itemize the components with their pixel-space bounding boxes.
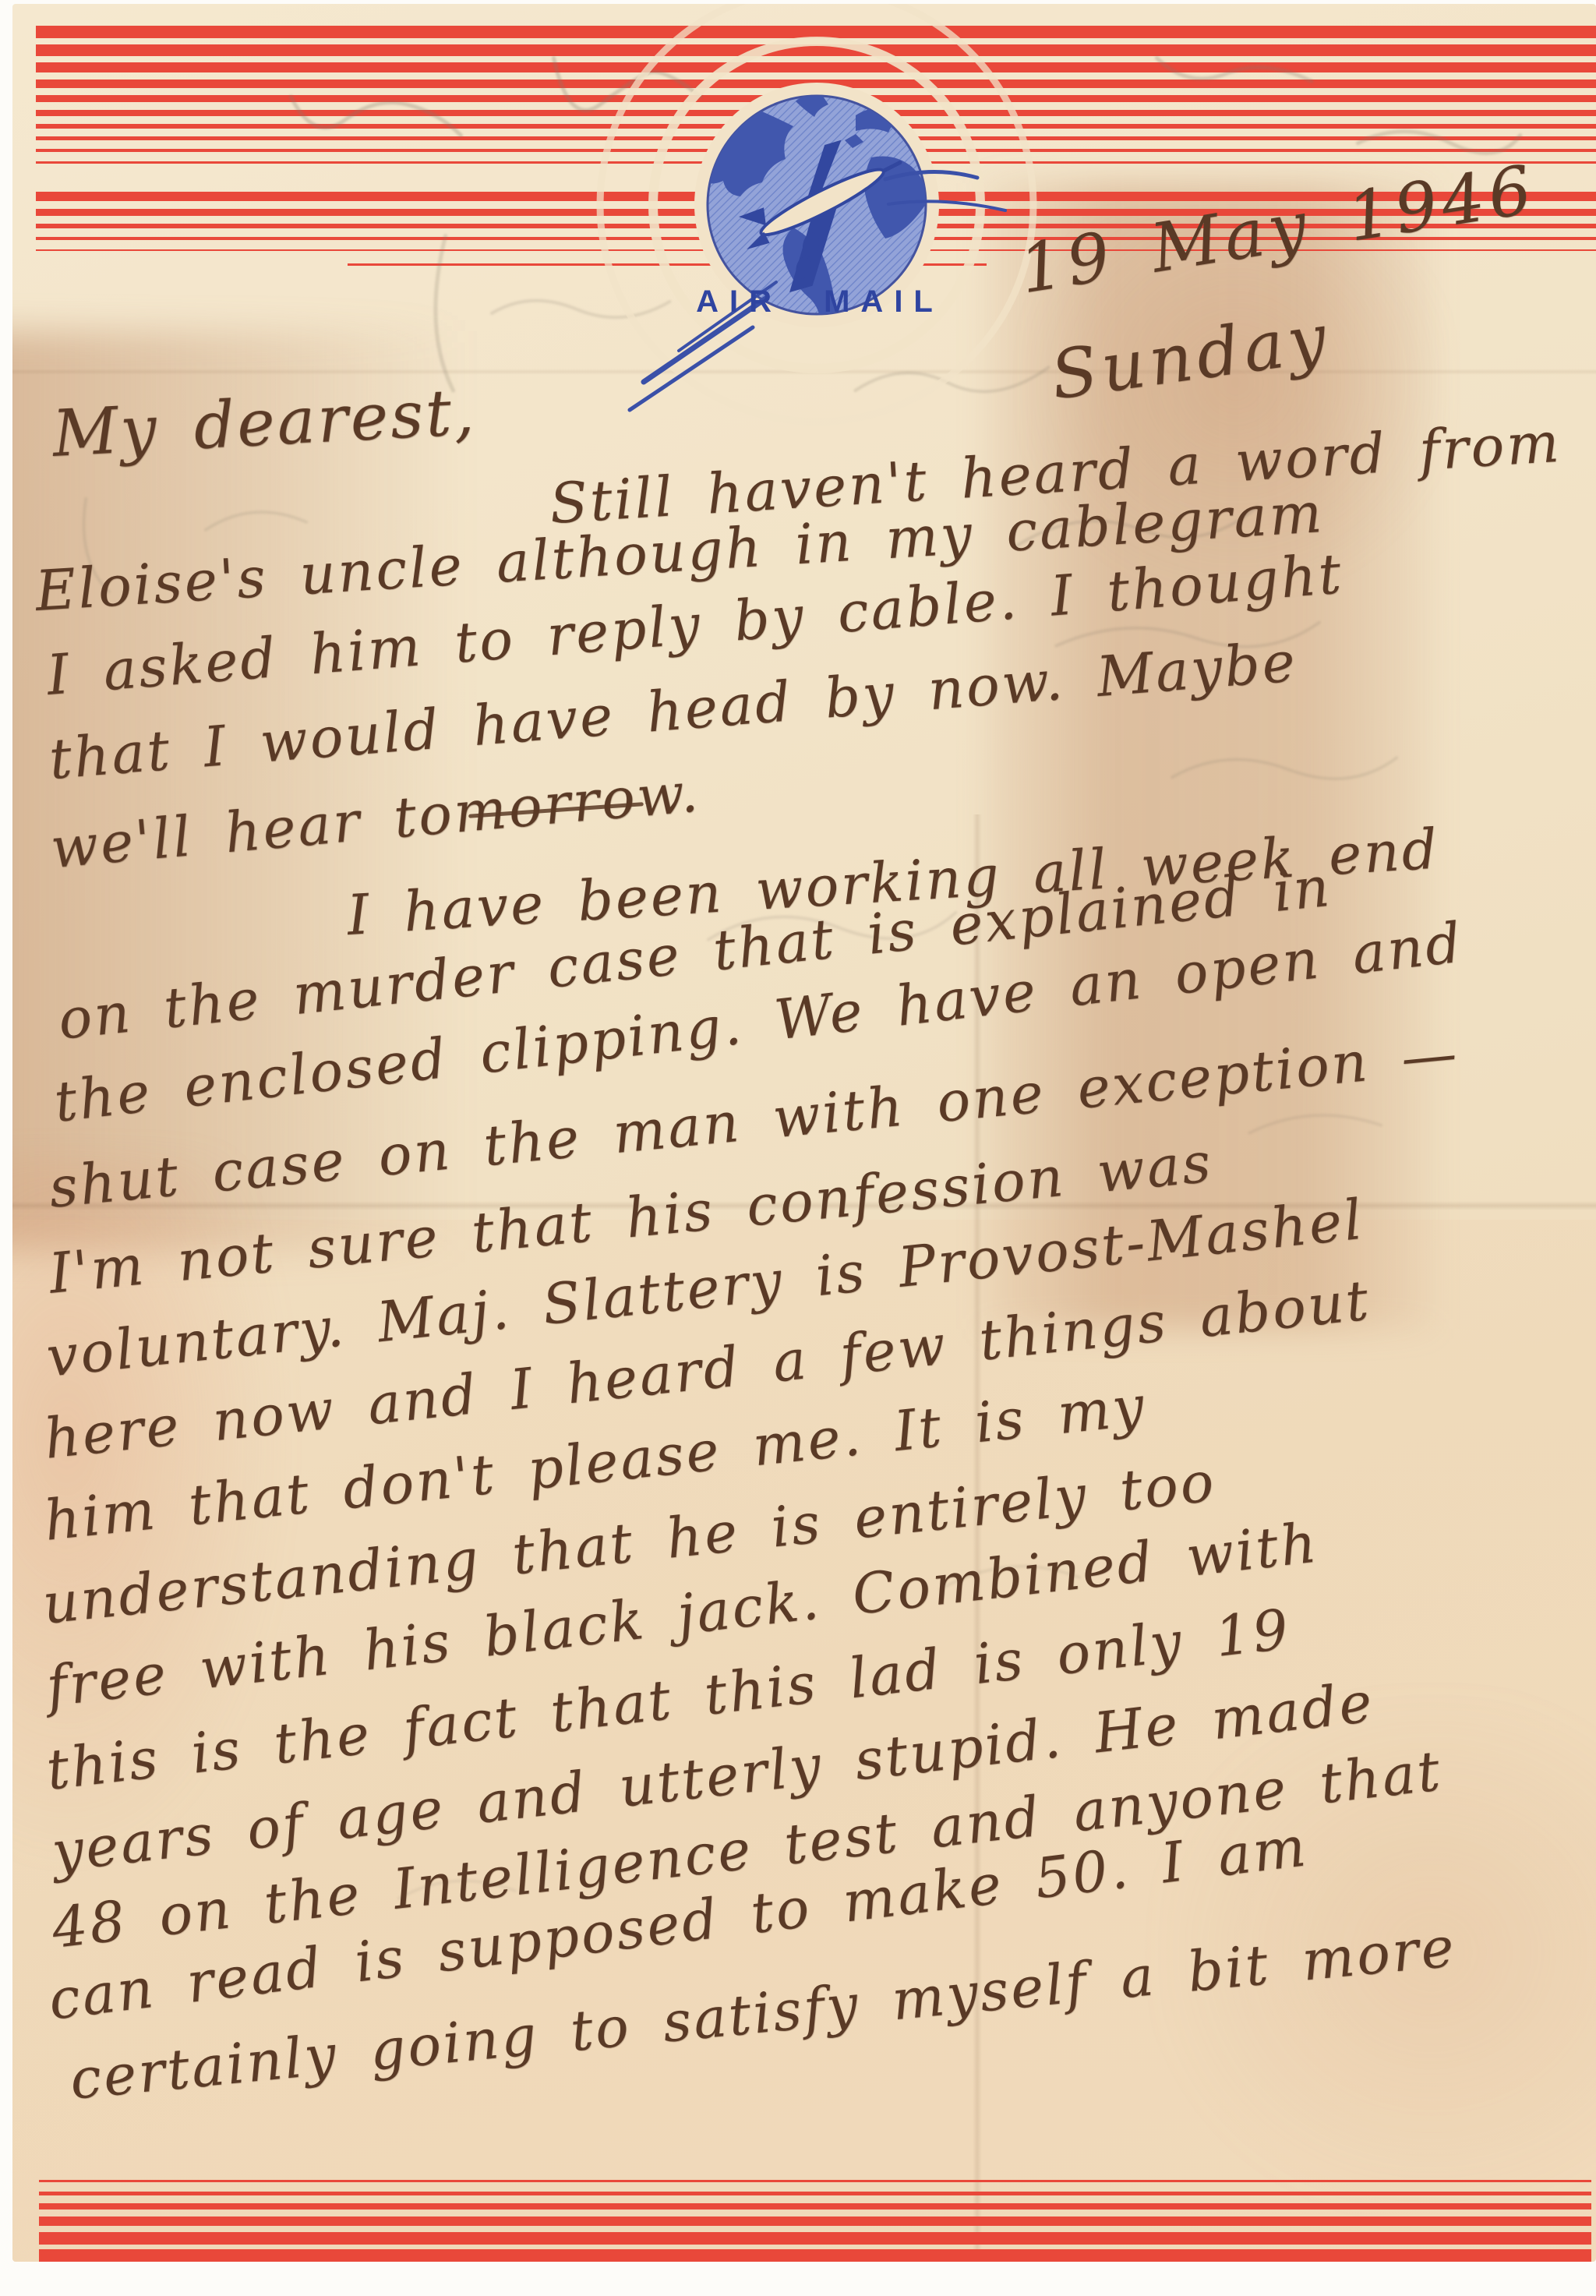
scanned-letter-canvas: AIR MAIL 19 May 1946 Sunday My dearest, … bbox=[0, 0, 1596, 2296]
airmail-label: AIR MAIL bbox=[680, 284, 960, 320]
airmail-border-bottom bbox=[39, 2180, 1591, 2262]
salutation: My dearest, bbox=[51, 376, 478, 472]
letter-paper: AIR MAIL 19 May 1946 Sunday My dearest, … bbox=[12, 4, 1596, 2262]
